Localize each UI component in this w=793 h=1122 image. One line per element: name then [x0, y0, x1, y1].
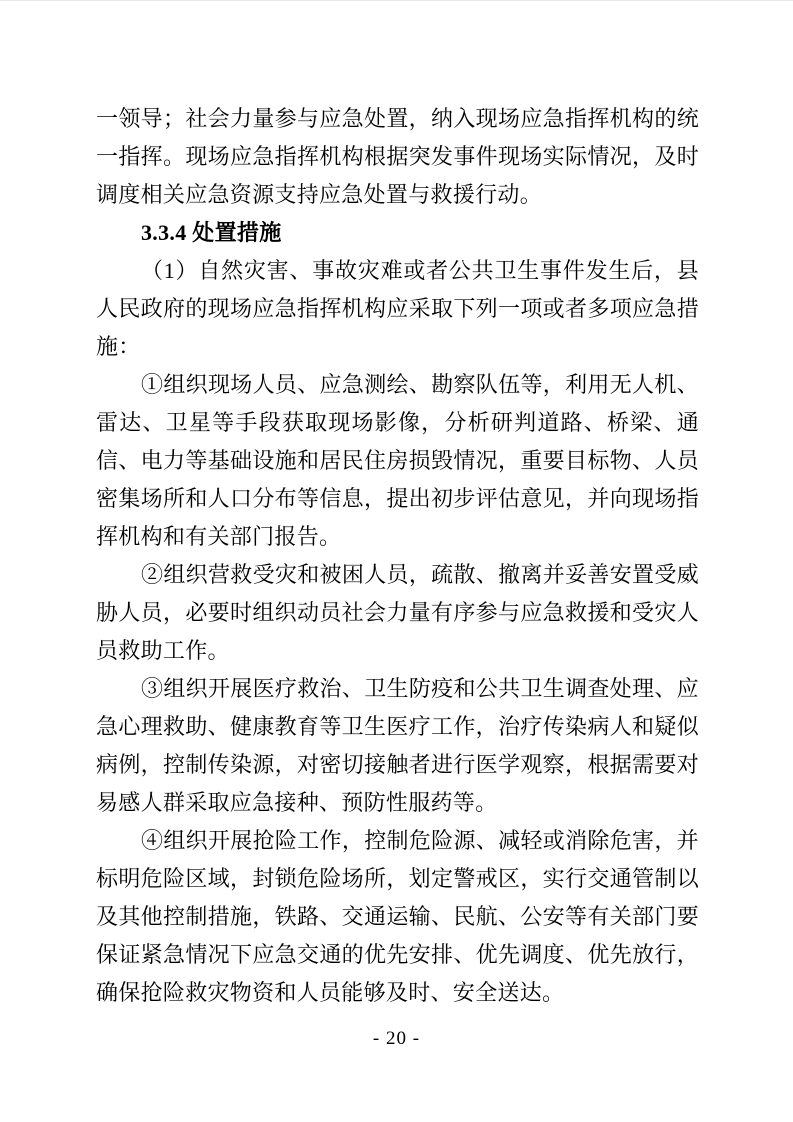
document-page: 一领导；社会力量参与应急处置，纳入现场应急指挥机构的统一指挥。现场应急指挥机构根… — [0, 0, 793, 1122]
page-number: - 20 - — [373, 1028, 420, 1049]
document-body: 一领导；社会力量参与应急处置，纳入现场应急指挥机构的统一指挥。现场应急指挥机构根… — [96, 100, 699, 1012]
paragraph-intro: （1）自然灾害、事故灾难或者公共卫生事件发生后，县人民政府的现场应急指挥机构应采… — [96, 252, 699, 366]
paragraph-measure-2: ②组织营救受灾和被困人员，疏散、撤离并妥善安置受威胁人员，必要时组织动员社会力量… — [96, 556, 699, 670]
paragraph-continuation: 一领导；社会力量参与应急处置，纳入现场应急指挥机构的统一指挥。现场应急指挥机构根… — [96, 100, 699, 214]
page-footer: - 20 - — [0, 1027, 793, 1051]
paragraph-measure-4: ④组织开展抢险工作，控制危险源、减轻或消除危害，并标明危险区域，封锁危险场所，划… — [96, 822, 699, 1012]
section-heading: 3.3.4 处置措施 — [96, 214, 699, 252]
paragraph-measure-1: ①组织现场人员、应急测绘、勘察队伍等，利用无人机、雷达、卫星等手段获取现场影像，… — [96, 366, 699, 556]
paragraph-measure-3: ③组织开展医疗救治、卫生防疫和公共卫生调查处理、应急心理救助、健康教育等卫生医疗… — [96, 670, 699, 822]
